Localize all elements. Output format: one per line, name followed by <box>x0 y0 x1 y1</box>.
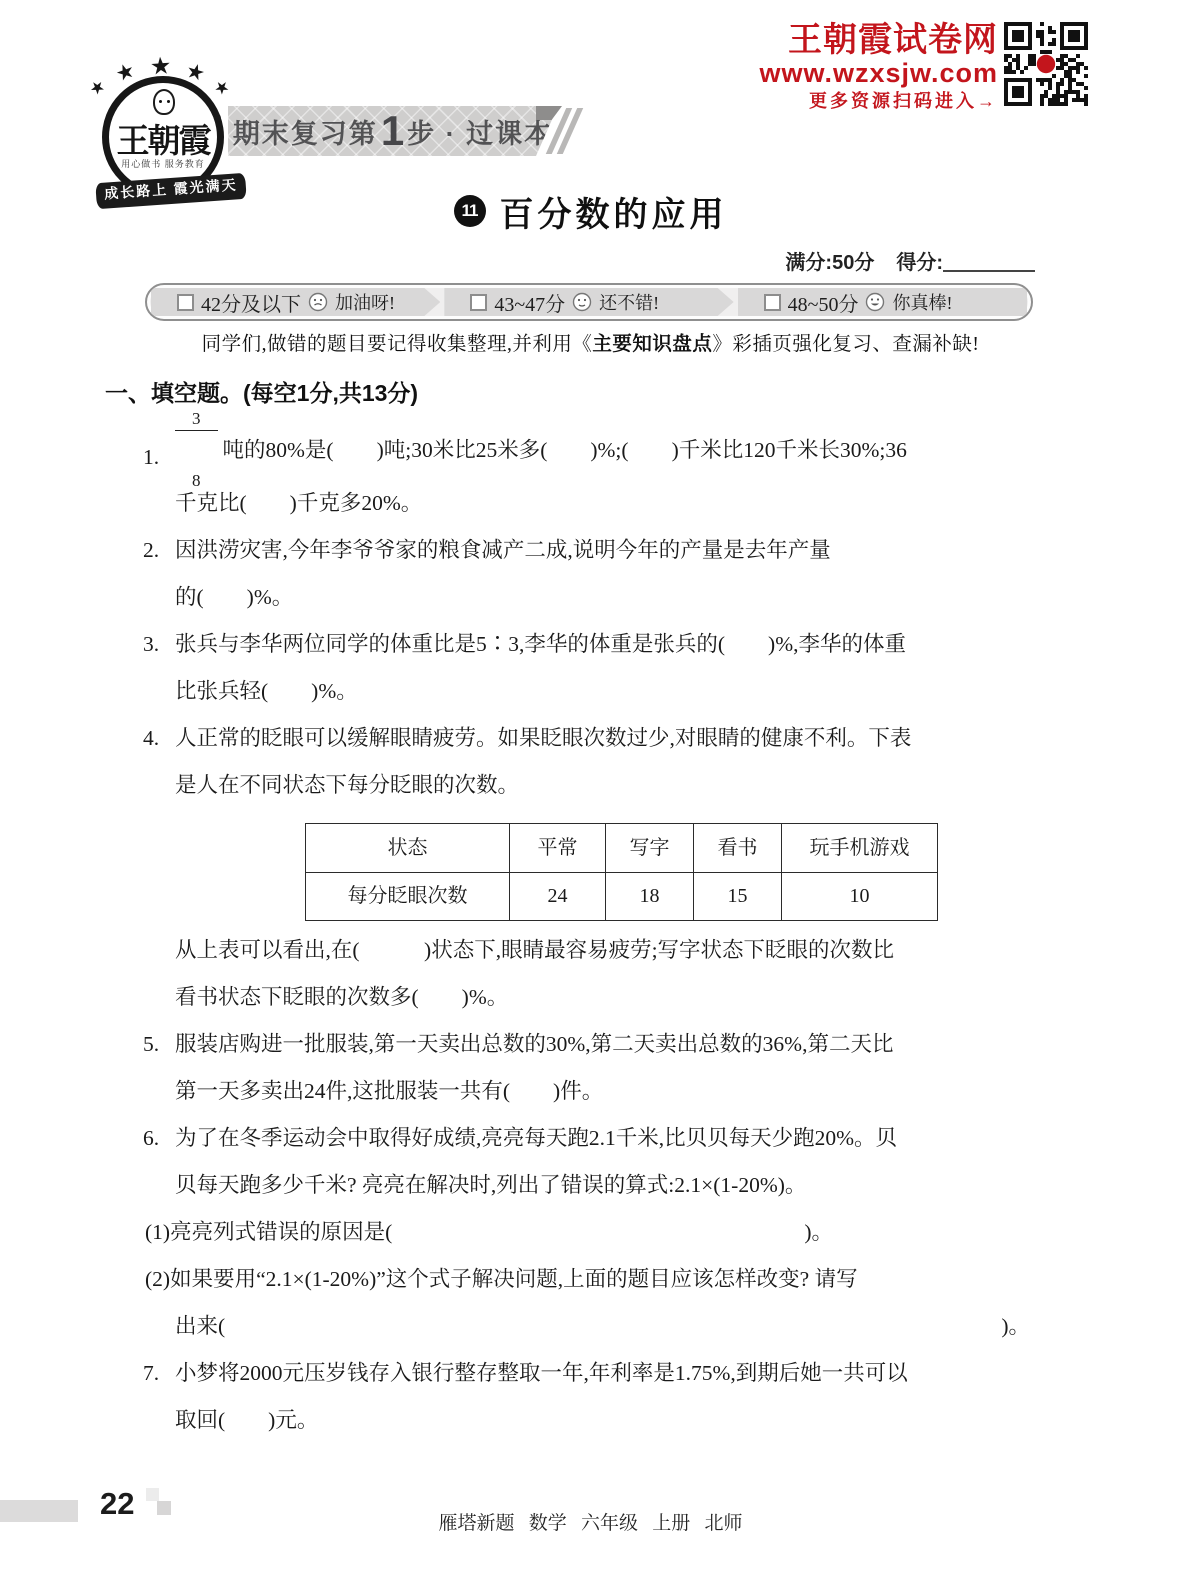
notice-text: 》彩插页强化复习、查漏补缺! <box>712 334 979 355</box>
worksheet-page: ★ ★ ★ ★ ★ 王朝霞 ® 用心做书 服务教育 成长路上 霞光满天 期末复习… <box>0 0 1181 1582</box>
question-text: (1)亮亮列式错误的原因是( <box>145 1209 392 1256</box>
question-5: 5. 服装店购进一批服装,第一天卖出总数的30%,第二天卖出总数的36%,第二天… <box>105 1021 1090 1115</box>
table-header-cell: 玩手机游戏 <box>782 824 938 873</box>
site-url: www.wzxsjw.com <box>640 58 998 88</box>
score-comment: 加油呀! <box>335 289 395 315</box>
question-text: 出来( <box>175 1303 225 1350</box>
question-2: 2. 因洪涝灾害,今年李爷爷家的粮食减产二成,说明今年的产量是去年产量 的( )… <box>105 527 1090 621</box>
question-line: 小梦将2000元压岁钱存入银行整存整取一年,年利率是1.75%,到期后她一共可以 <box>175 1350 1090 1397</box>
question-line: 是人在不同状态下每分眨眼的次数。 <box>175 762 1090 809</box>
question-7: 7. 小梦将2000元压岁钱存入银行整存整取一年,年利率是1.75%,到期后她一… <box>105 1350 1090 1444</box>
score-blank-line <box>943 252 1035 272</box>
site-cta: 更多资源扫码进入→ <box>640 88 998 114</box>
question-line: 人正常的眨眼可以缓解眼睛疲劳。如果眨眼次数过少,对眼睛的健康不利。下表 <box>175 715 1090 762</box>
section-heading: 一、填空题。(每空1分,共13分) <box>105 372 1090 414</box>
answer-blank <box>392 1209 804 1256</box>
got-score-label: 得分: <box>896 252 943 274</box>
score-comment: 还不错! <box>599 289 659 315</box>
cheer-face-icon <box>308 292 328 312</box>
table-header-row: 状态 平常 写字 看书 玩手机游戏 <box>306 824 938 873</box>
question-number: 6. <box>143 1115 159 1162</box>
question-line: 贝每天跑多少千米? 亮亮在解决时,列出了错误的算式:2.1×(1-20%)。 <box>175 1162 1090 1209</box>
blink-rate-table: 状态 平常 写字 看书 玩手机游戏 每分眨眼次数 24 18 15 10 <box>305 823 938 921</box>
table-header-cell: 看书 <box>694 824 782 873</box>
banner-text: 步 · 过课本 <box>407 112 553 151</box>
question-number: 4. <box>143 715 159 762</box>
table-cell: 10 <box>782 873 938 921</box>
score-checkbox[interactable] <box>470 294 487 311</box>
star-icon: ★ <box>210 75 234 100</box>
question-line: 比张兵轻( )%。 <box>175 668 1090 715</box>
brand-slogan: 用心做书 服务教育 <box>109 157 217 170</box>
site-name: 王朝霞试卷网 <box>640 22 998 58</box>
registered-mark: ® <box>214 113 221 124</box>
banner-corner-decoration <box>536 106 562 120</box>
question-text: )。 <box>804 1209 833 1256</box>
banner-step-number: 1 <box>381 107 404 155</box>
question-section: 一、填空题。(每空1分,共13分) 1. 3 8 吨的80%是( )吨;30米比… <box>105 372 1090 1444</box>
question-line: 3 8 吨的80%是( )吨;30米比25米多( )%;( )千米比120千米长… <box>175 420 1090 480</box>
notice-line: 同学们,做错的题目要记得收集整理,并利用《主要知识盘点》彩插页强化复习、查漏补缺… <box>0 328 1181 356</box>
question-number: 5. <box>143 1021 159 1068</box>
fraction-numerator: 3 <box>175 409 218 431</box>
question-text: 吨的80%是( )吨;30米比25米多( )%;( )千米比120千米长30%;… <box>223 427 907 474</box>
question-line: 的( )%。 <box>175 574 1090 621</box>
question-number: 1. <box>143 434 159 481</box>
score-range-label: 42分及以下 <box>201 288 301 317</box>
question-subitem-2-cont: 出来( )。 <box>105 1303 1030 1350</box>
score-range-label: 43~47分 <box>494 288 565 317</box>
question-line: 看书状态下眨眼的次数多( )%。 <box>175 974 1090 1021</box>
score-band-segment: 48~50分 你真棒! <box>738 288 1027 316</box>
lesson-number-badge: 11 <box>454 195 486 227</box>
brand-logo: ★ ★ ★ ★ ★ 王朝霞 ® 用心做书 服务教育 成长路上 霞光满天 <box>94 54 244 206</box>
table-header-cell: 写字 <box>606 824 694 873</box>
score-band-segment: 42分及以下 加油呀! <box>151 288 440 316</box>
score-comment: 你真棒! <box>892 289 952 315</box>
question-line: 为了在冬季运动会中取得好成绩,亮亮每天跑2.1千米,比贝贝每天少跑20%。贝 <box>175 1115 1090 1162</box>
question-text: )。 <box>1001 1303 1030 1350</box>
question-subitem-2: (2)如果要用“2.1×(1-20%)”这个式子解决问题,上面的题目应该怎样改变… <box>105 1256 1090 1303</box>
score-range-label: 48~50分 <box>788 288 859 317</box>
question-6: 6. 为了在冬季运动会中取得好成绩,亮亮每天跑2.1千米,比贝贝每天少跑20%。… <box>105 1115 1090 1350</box>
score-checkbox[interactable] <box>764 294 781 311</box>
page-title: 百分数的应用 <box>500 187 728 236</box>
question-number: 7. <box>143 1350 159 1397</box>
question-line: 第一天多卖出24件,这批服装一共有( )件。 <box>175 1068 1090 1115</box>
score-checkbox[interactable] <box>177 294 194 311</box>
footer-book-info: 雁塔新题 数学 六年级 上册 北师 <box>0 1508 1181 1535</box>
table-cell: 15 <box>694 873 782 921</box>
score-band: 42分及以下 加油呀! 43~47分 还不错! 48~50分 你真棒! <box>145 283 1033 321</box>
question-line: 从上表可以看出,在( )状态下,眼睛最容易疲劳;写字状态下眨眼的次数比 <box>175 927 1090 974</box>
question-4: 4. 人正常的眨眼可以缓解眼睛疲劳。如果眨眼次数过少,对眼睛的健康不利。下表 是… <box>105 715 1090 1021</box>
question-line: 服装店购进一批服装,第一天卖出总数的30%,第二天卖出总数的36%,第二天比 <box>175 1021 1090 1068</box>
question-number: 3. <box>143 621 159 668</box>
question-subitem-1: (1)亮亮列式错误的原因是( )。 <box>105 1209 833 1256</box>
answer-blank <box>225 1303 1001 1350</box>
banner-text: 期末复习第 <box>233 112 378 151</box>
score-band-segment: 43~47分 还不错! <box>444 288 733 316</box>
ok-face-icon <box>572 292 592 312</box>
question-3: 3. 张兵与李华两位同学的体重比是5∶3,李华的体重是张兵的( )%,李华的体重… <box>105 621 1090 715</box>
table-data-row: 每分眨眼次数 24 18 15 10 <box>306 873 938 921</box>
notice-text: 同学们,做错的题目要记得收集整理,并利用《 <box>202 334 593 355</box>
table-cell: 24 <box>510 873 606 921</box>
question-line: 因洪涝灾害,今年李爷爷家的粮食减产二成,说明今年的产量是去年产量 <box>175 527 1090 574</box>
great-face-icon <box>865 292 885 312</box>
qr-code-svg <box>1004 22 1088 106</box>
header-banner: 期末复习第 1 步 · 过课本 <box>228 106 558 156</box>
table-cell: 每分眨眼次数 <box>306 873 510 921</box>
score-header: 满分:50分得分: <box>785 246 1035 275</box>
question-1: 1. 3 8 吨的80%是( )吨;30米比25米多( )%;( )千米比120… <box>105 420 1090 527</box>
question-line: 千克比( )千克多20%。 <box>175 480 1090 527</box>
table-header-cell: 状态 <box>306 824 510 873</box>
page-title-row: 11 百分数的应用 <box>0 186 1181 236</box>
question-line: 张兵与李华两位同学的体重比是5∶3,李华的体重是张兵的( )%,李华的体重 <box>175 621 1090 668</box>
question-number: 2. <box>143 527 159 574</box>
site-info: 王朝霞试卷网 www.wzxsjw.com 更多资源扫码进入→ <box>640 22 998 114</box>
portrait-icon <box>153 89 175 115</box>
qr-code <box>1004 22 1088 106</box>
brand-name: 王朝霞 <box>109 115 217 162</box>
table-header-cell: 平常 <box>510 824 606 873</box>
star-icon: ★ <box>85 75 109 100</box>
question-line: 取回( )元。 <box>175 1397 1090 1444</box>
notice-book-title: 主要知识盘点 <box>592 334 712 355</box>
full-score-label: 满分:50分 <box>785 252 874 274</box>
table-cell: 18 <box>606 873 694 921</box>
footer-square-decoration <box>146 1488 159 1501</box>
